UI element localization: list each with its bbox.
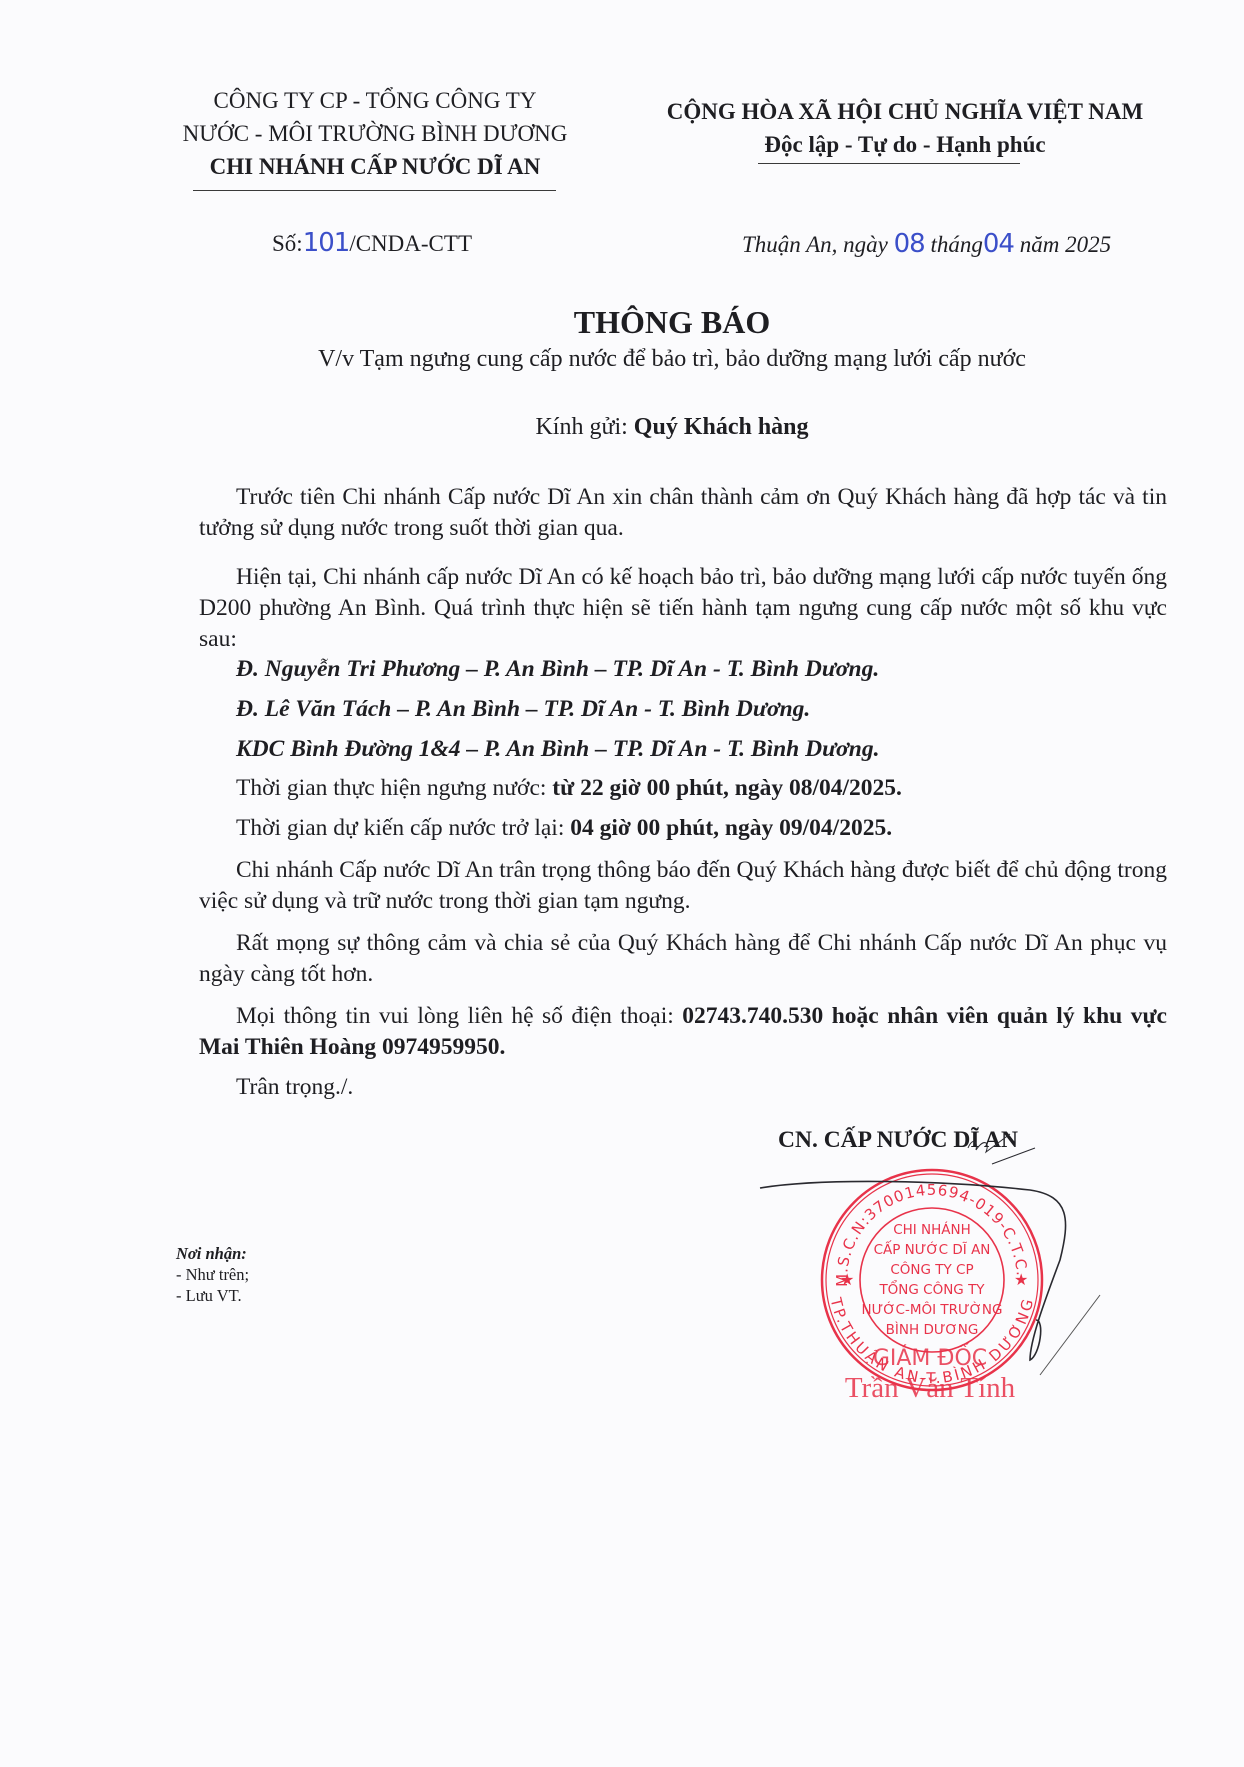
area-item-3: KDC Bình Đường 1&4 – P. An Bình – TP. Dĩ…	[236, 736, 880, 763]
area-item-2: Đ. Lê Văn Tách – P. An Bình – TP. Dĩ An …	[236, 696, 810, 723]
salutation: Kính gửi: Quý Khách hàng	[0, 414, 1244, 441]
signer-position: GIÁM ĐỐC	[800, 1346, 1060, 1371]
recipient-item: - Như trên;	[176, 1264, 249, 1285]
svg-text:★: ★	[1014, 1270, 1028, 1289]
recipients-label: Nơi nhận:	[176, 1243, 249, 1264]
branch-name: CHI NHÁNH CẤP NƯỚC DĨ AN	[140, 150, 610, 183]
resume-time: Thời gian dự kiến cấp nước trở lại: 04 g…	[236, 815, 892, 842]
document-title: THÔNG BÁO	[0, 304, 1244, 341]
motto-underline	[758, 163, 1020, 164]
branch-underline	[193, 190, 556, 191]
svg-text:BÌNH DƯƠNG: BÌNH DƯƠNG	[886, 1321, 979, 1338]
svg-text:TỔNG CÔNG TY: TỔNG CÔNG TY	[878, 1279, 985, 1298]
parent-company-line1: CÔNG TY CP - TỔNG CÔNG TY	[140, 84, 610, 117]
national-title: CỘNG HÒA XÃ HỘI CHỦ NGHĨA VIỆT NAM	[630, 95, 1180, 128]
svg-text:★: ★	[840, 1270, 854, 1289]
svg-text:CÔNG TY CP: CÔNG TY CP	[890, 1260, 973, 1278]
date-day-handwritten: 08	[894, 229, 925, 259]
stop-time-value: từ 22 giờ 00 phút, ngày 08/04/2025.	[552, 775, 902, 801]
signer-name: Trần Văn Tính	[800, 1372, 1060, 1405]
date-month-handwritten: 04	[983, 229, 1014, 259]
org-header-left: CÔNG TY CP - TỔNG CÔNG TY NƯỚC - MÔI TRƯ…	[140, 84, 610, 183]
recipients-block: Nơi nhận: - Như trên; - Lưu VT.	[176, 1243, 249, 1306]
svg-text:NƯỚC-MÔI TRƯỜNG: NƯỚC-MÔI TRƯỜNG	[862, 1300, 1003, 1318]
area-item-1: Đ. Nguyễn Tri Phương – P. An Bình – TP. …	[236, 656, 879, 683]
initials-icon	[968, 1134, 1010, 1152]
paragraph-notice: Chi nhánh Cấp nước Dĩ An trân trọng thôn…	[199, 855, 1167, 917]
paragraph-plan: Hiện tại, Chi nhánh cấp nước Dĩ An có kế…	[199, 562, 1167, 655]
paragraph-intro: Trước tiên Chi nhánh Cấp nước Dĩ An xin …	[199, 482, 1167, 544]
doc-number-handwritten: 101	[303, 228, 350, 258]
paragraph-contact: Mọi thông tin vui lòng liên hệ số điện t…	[199, 1001, 1167, 1063]
document-subject: V/v Tạm ngưng cung cấp nước để bảo trì, …	[0, 346, 1244, 373]
svg-text:CẤP NƯỚC DĨ AN: CẤP NƯỚC DĨ AN	[874, 1239, 991, 1258]
national-header: CỘNG HÒA XÃ HỘI CHỦ NGHĨA VIỆT NAM Độc l…	[630, 95, 1180, 161]
svg-text:CHI NHÁNH: CHI NHÁNH	[893, 1221, 971, 1238]
doc-number: Số:101/CNDA-CTT	[272, 227, 472, 260]
closing: Trân trọng./.	[236, 1074, 353, 1101]
date-line: Thuận An, ngày 08 tháng04 năm 2025	[742, 228, 1111, 261]
salutation-recipient: Quý Khách hàng	[634, 414, 809, 440]
recipient-item: - Lưu VT.	[176, 1285, 249, 1306]
stop-time: Thời gian thực hiện ngưng nước: từ 22 gi…	[236, 775, 902, 802]
resume-time-value: 04 giờ 00 phút, ngày 09/04/2025.	[570, 815, 892, 841]
parent-company-line2: NƯỚC - MÔI TRƯỜNG BÌNH DƯƠNG	[140, 117, 610, 150]
paragraph-thanks: Rất mọng sự thông cảm và chia sẻ của Quý…	[199, 928, 1167, 990]
national-motto: Độc lập - Tự do - Hạnh phúc	[630, 128, 1180, 161]
